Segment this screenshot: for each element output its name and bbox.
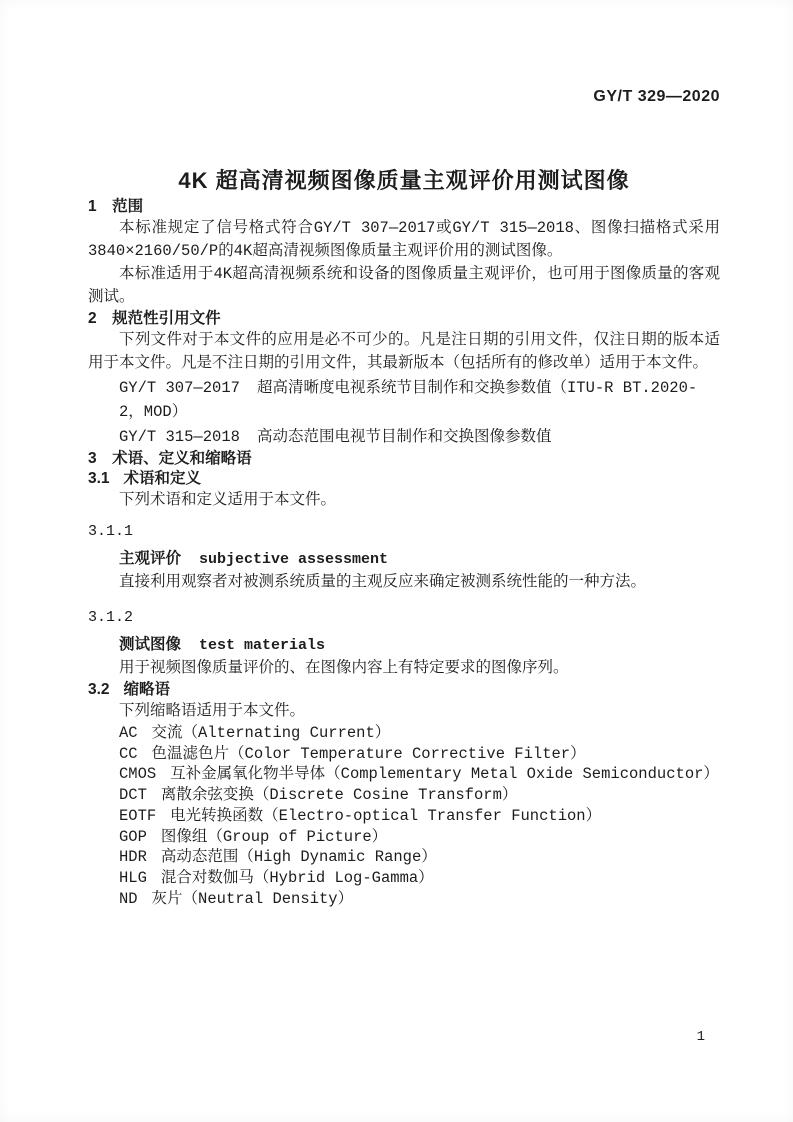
abbreviations-intro: 下列缩略语适用于本文件。 <box>88 700 720 723</box>
abbreviation-item: HDR高动态范围（High Dynamic Range） <box>119 847 720 868</box>
abbreviation-item: CMOS互补金属氧化物半导体（Complementary Metal Oxide… <box>119 764 720 785</box>
subsection-abbreviations-heading: 3.2缩略语 <box>88 680 720 700</box>
reference-code: GY/T 315—2018 <box>119 428 240 446</box>
abbreviation-item: DCT离散余弦变换（Discrete Cosine Transform） <box>119 785 720 806</box>
subsection-terms-title: 术语和定义 <box>124 470 202 487</box>
section-terms-number: 3 <box>88 450 97 467</box>
term-english: subjective assessment <box>199 551 388 568</box>
terms-intro: 下列术语和定义适用于本文件。 <box>88 489 720 512</box>
abbreviation-code: CMOS <box>119 765 156 783</box>
abbreviation-list: AC交流（Alternating Current） CC色温滤色片（Color … <box>88 723 720 909</box>
subsection-terms-number: 3.1 <box>88 470 110 487</box>
term-entry-title: 主观评价subjective assessment <box>88 548 720 571</box>
abbreviation-item: ND灰片（Neutral Density） <box>119 889 720 910</box>
abbreviation-code: GOP <box>119 828 147 846</box>
abbreviation-meaning: 灰片（Neutral Density） <box>152 890 354 908</box>
subsection-terms-heading: 3.1术语和定义 <box>88 469 720 489</box>
abbreviation-item: GOP图像组（Group of Picture） <box>119 827 720 848</box>
term-chinese: 主观评价 <box>119 550 181 567</box>
reference-code: GY/T 307—2017 <box>119 379 240 397</box>
reference-item: GY/T 315—2018高动态范围电视节目制作和交换图像参数值 <box>88 425 720 449</box>
abbreviation-meaning: 色温滤色片（Color Temperature Corrective Filte… <box>152 745 586 763</box>
section-references-number: 2 <box>88 310 97 327</box>
section-references-heading: 2规范性引用文件 <box>88 309 720 329</box>
abbreviation-code: HLG <box>119 869 147 887</box>
doc-code: GY/T 329—2020 <box>88 88 720 105</box>
term-definition: 直接利用观察者对被测系统质量的主观反应来确定被测系统性能的一种方法。 <box>88 571 720 594</box>
abbreviation-meaning: 电光转换函数（Electro-optical Transfer Function… <box>170 807 601 825</box>
references-paragraph: 下列文件对于本文件的应用是必不可少的。凡是注日期的引用文件，仅注日期的版本适用于… <box>88 329 720 375</box>
subsection-abbreviations-title: 缩略语 <box>124 681 171 698</box>
abbreviation-item: AC交流（Alternating Current） <box>119 723 720 744</box>
section-scope-heading: 1范围 <box>88 197 720 217</box>
abbreviation-code: CC <box>119 745 138 763</box>
abbreviation-meaning: 互补金属氧化物半导体（Complementary Metal Oxide Sem… <box>170 765 719 783</box>
abbreviation-code: ND <box>119 890 138 908</box>
abbreviation-meaning: 混合对数伽马（Hybrid Log-Gamma） <box>161 869 434 887</box>
abbreviation-code: AC <box>119 724 138 742</box>
abbreviation-meaning: 交流（Alternating Current） <box>152 724 391 742</box>
page-number: 1 <box>697 1030 705 1045</box>
term-definition: 用于视频图像质量评价的、在图像内容上有特定要求的图像序列。 <box>88 657 720 680</box>
section-terms-title: 术语、定义和缩略语 <box>112 450 252 467</box>
subsection-abbreviations-number: 3.2 <box>88 681 110 698</box>
scope-paragraph-1: 本标准规定了信号格式符合GY/T 307—2017或GY/T 315—2018、… <box>88 217 720 263</box>
term-entry-title: 测试图像test materials <box>88 634 720 657</box>
abbreviation-meaning: 图像组（Group of Picture） <box>161 828 387 846</box>
abbreviation-code: EOTF <box>119 807 156 825</box>
reference-title: 高动态范围电视节目制作和交换图像参数值 <box>257 428 552 446</box>
document-page: GY/T 329—2020 4K 超高清视频图像质量主观评价用测试图像 1范围 … <box>0 0 793 1122</box>
abbreviation-code: DCT <box>119 786 147 804</box>
abbreviation-item: HLG混合对数伽马（Hybrid Log-Gamma） <box>119 868 720 889</box>
term-entry-number: 3.1.2 <box>88 608 720 628</box>
section-scope-number: 1 <box>88 198 97 215</box>
abbreviation-meaning: 离散余弦变换（Discrete Cosine Transform） <box>161 786 518 804</box>
section-scope-title: 范围 <box>112 198 143 215</box>
abbreviation-meaning: 高动态范围（High Dynamic Range） <box>161 848 437 866</box>
section-terms-heading: 3术语、定义和缩略语 <box>88 449 720 469</box>
abbreviation-code: HDR <box>119 848 147 866</box>
abbreviation-item: CC色温滤色片（Color Temperature Corrective Fil… <box>119 744 720 765</box>
term-chinese: 测试图像 <box>119 636 181 653</box>
abbreviation-item: EOTF电光转换函数（Electro-optical Transfer Func… <box>119 806 720 827</box>
section-references-title: 规范性引用文件 <box>112 310 221 327</box>
reference-item: GY/T 307—2017超高清晰度电视系统节目制作和交换参数值（ITU-R B… <box>88 376 720 424</box>
document-title: 4K 超高清视频图像质量主观评价用测试图像 <box>88 165 720 197</box>
scope-paragraph-2: 本标准适用于4K超高清视频系统和设备的图像质量主观评价，也可用于图像质量的客观测… <box>88 263 720 309</box>
term-entry-number: 3.1.1 <box>88 522 720 542</box>
term-english: test materials <box>199 637 325 654</box>
